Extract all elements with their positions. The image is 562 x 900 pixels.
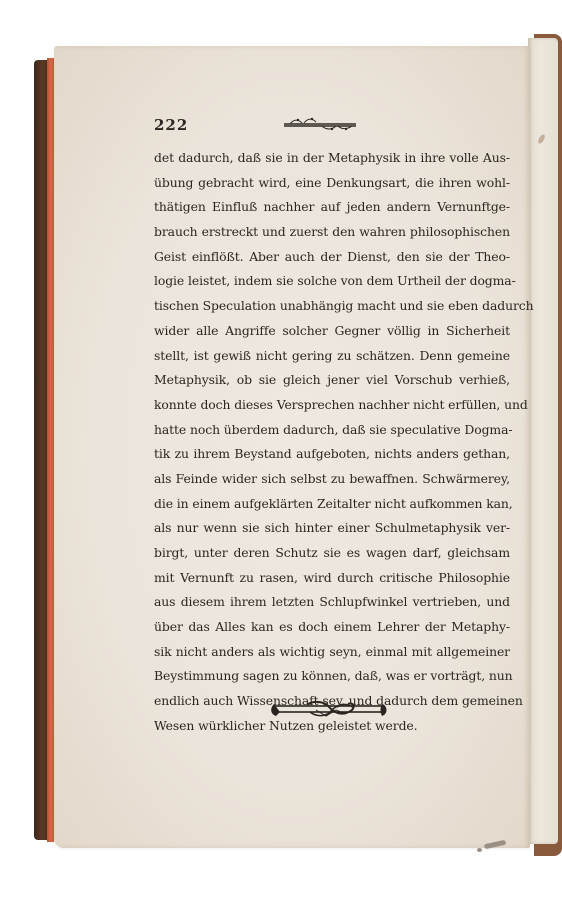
text-line: wider alle Angriffe solcher Gegner völli… — [154, 319, 510, 344]
facing-page-edge — [528, 38, 558, 844]
red-page-edge — [47, 58, 54, 842]
text-body: det dadurch, daß sie in der Metaphysik i… — [154, 146, 510, 739]
text-line: Geist einflößt. Aber auch der Dienst, de… — [154, 245, 510, 270]
text-line: als nur wenn sie sich hinter einer Schul… — [154, 516, 510, 541]
text-line: stellt, ist gewiß nicht gering zu schätz… — [154, 344, 510, 369]
text-line: det dadurch, daß sie in der Metaphysik i… — [154, 146, 510, 171]
text-line: über das Alles kan es doch einem Lehrer … — [154, 615, 510, 640]
text-line: birgt, unter deren Schutz sie es wagen d… — [154, 541, 510, 566]
text-line: als Feinde wider sich selbst zu bewaffne… — [154, 467, 510, 492]
ink-mark — [484, 840, 507, 849]
text-line: hatte noch überdem dadurch, daß sie spec… — [154, 418, 510, 443]
text-line: die in einem aufgeklärten Zeitalter nich… — [154, 492, 510, 517]
headpiece-ornament-icon — [282, 116, 358, 132]
text-line: logie leistet, indem sie solche von dem … — [154, 269, 510, 294]
ink-dot — [477, 848, 482, 852]
text-line: übung gebracht wird, eine Denkungsart, d… — [154, 171, 510, 196]
text-line: Metaphysik, ob sie gleich jener viel Vor… — [154, 368, 510, 393]
text-line: thätigen Einfluß nachher auf jeden ander… — [154, 195, 510, 220]
book-page: 222 det dadurch, daß sie in der Metaphys… — [54, 46, 530, 848]
text-line: tischen Speculation unabhängig macht und… — [154, 294, 510, 319]
text-line: sik nicht anders als wichtig seyn, einma… — [154, 640, 510, 665]
text-line: konnte doch dieses Versprechen nachher n… — [154, 393, 510, 418]
text-line: Beystimmung sagen zu können, daß, was er… — [154, 664, 510, 689]
text-line: tik zu ihrem Beystand aufgeboten, nichts… — [154, 442, 510, 467]
text-line: mit Vernunft zu rasen, wird durch critis… — [154, 566, 510, 591]
text-line: brauch erstreckt und zuerst den wahren p… — [154, 220, 510, 245]
tailpiece-ornament-icon — [270, 698, 388, 722]
page-number: 222 — [154, 116, 188, 134]
text-line: aus diesem ihrem letzten Schlupfwinkel v… — [154, 590, 510, 615]
